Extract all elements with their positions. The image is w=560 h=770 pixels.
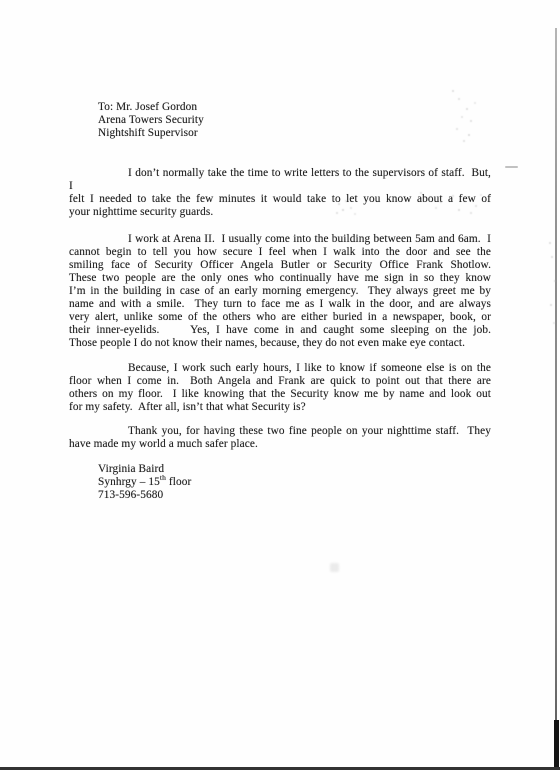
signature-name: Virginia Baird — [98, 463, 491, 476]
signature-company-post: floor — [166, 476, 191, 488]
paragraph-3: Because, I work such early hours, I like… — [69, 362, 491, 414]
letter-line: I work at Arena II. I usually come into … — [69, 233, 491, 246]
signature-company: Synhrgy – 15th floor — [98, 476, 491, 489]
recipient-line: Arena Towers Security — [98, 114, 491, 127]
paragraph-1: I don’t normally take the time to write … — [69, 167, 491, 219]
letter-body: To: Mr. Josef Gordon Arena Towers Securi… — [69, 101, 491, 502]
recipient-line: Nightshift Supervisor — [98, 127, 491, 140]
letter-line: Thank you, for having these two fine peo… — [69, 425, 491, 438]
scan-noise-artifact — [505, 166, 518, 168]
recipient-line: To: Mr. Josef Gordon — [98, 101, 491, 114]
recipient-address: To: Mr. Josef Gordon Arena Towers Securi… — [98, 101, 491, 140]
scan-noise-artifact — [452, 90, 454, 92]
letter-line: others on my floor. I like knowing that … — [69, 388, 491, 401]
scan-edge-artifact — [554, 720, 559, 770]
letter-line: for my safety. After all, isn’t that wha… — [69, 401, 491, 414]
scan-edge-artifact — [555, 28, 557, 770]
letter-line: I’m in the building in case of an early … — [69, 285, 491, 298]
scan-noise-artifact — [333, 198, 335, 200]
letter-line: name and with a smile. They turn to face… — [69, 298, 491, 311]
signature-company-pre: Synhrgy – 15 — [98, 476, 160, 488]
signature-block: Virginia Baird Synhrgy – 15th floor 713-… — [98, 463, 491, 502]
letter-line: Those people I do not know their names, … — [69, 337, 491, 350]
letter-line: felt I needed to take the few minutes it… — [69, 193, 491, 206]
scan-noise-artifact — [549, 242, 551, 244]
signature-phone: 713-596-5680 — [98, 489, 491, 502]
letter-line: have made my world a much safer place. — [69, 438, 491, 451]
letter-line: Because, I work such early hours, I like… — [69, 362, 491, 375]
paragraph-4: Thank you, for having these two fine peo… — [69, 425, 491, 451]
letter-line: very alert, unlike some of the others wh… — [69, 311, 491, 324]
letter-line: smiling face of Security Officer Angela … — [69, 259, 491, 272]
letter-line: floor when I come in. Both Angela and Fr… — [69, 375, 491, 388]
letter-line: their inner-eyelids. Yes, I have come in… — [69, 324, 491, 337]
scan-noise-artifact — [420, 192, 422, 194]
letter-line: cannot begin to tell you how secure I fe… — [69, 246, 491, 259]
letter-line: I don’t normally take the time to write … — [69, 167, 491, 193]
scan-noise-artifact — [330, 563, 339, 572]
scanned-letter-page: To: Mr. Josef Gordon Arena Towers Securi… — [0, 0, 560, 770]
letter-line: your nighttime security guards. — [69, 206, 491, 219]
letter-line: These two people are the only ones who c… — [69, 272, 491, 285]
paragraph-2: I work at Arena II. I usually come into … — [69, 233, 491, 350]
